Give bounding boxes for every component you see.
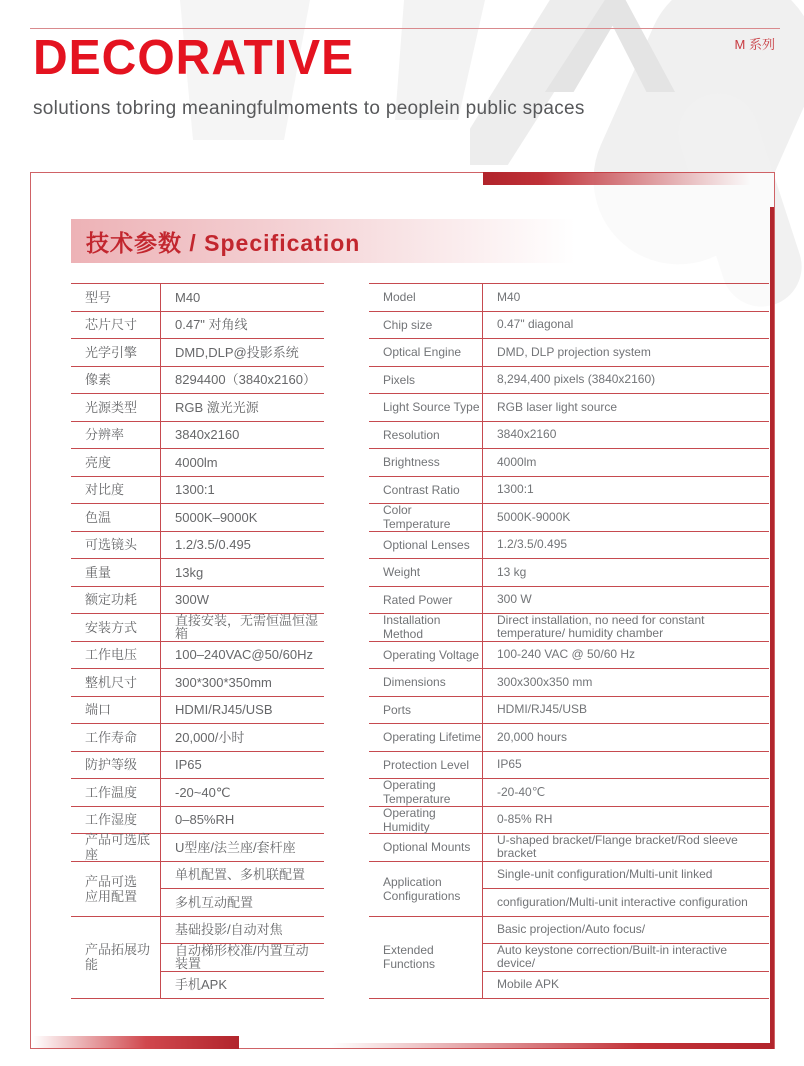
- spec-label: Operating Lifetime: [369, 724, 483, 752]
- spec-values: RGB laser light source: [483, 394, 769, 422]
- spec-section: ModelM40: [369, 284, 769, 312]
- spec-values: 20,000 hours: [483, 724, 769, 752]
- spec-section: 防护等级IP65: [71, 752, 324, 780]
- spec-sheet-page: DECORATIVE M 系列 solutions tobring meanin…: [0, 0, 804, 1066]
- spec-value: Auto keystone correction/Built-in intera…: [483, 944, 769, 972]
- spec-value: 20,000 hours: [483, 724, 769, 752]
- spec-value: 0-85% RH: [483, 807, 769, 835]
- spec-value: 自动梯形校准/内置互动装置: [161, 944, 324, 972]
- spec-value: configuration/Multi-unit interactive con…: [483, 889, 769, 917]
- spec-section: Light Source TypeRGB laser light source: [369, 394, 769, 422]
- spec-values: 8294400（3840x2160）: [161, 367, 324, 395]
- spec-label: Ports: [369, 697, 483, 725]
- spec-section: 产品可选底座U型座/法兰座/套杆座: [71, 834, 324, 862]
- page-title: DECORATIVE: [33, 30, 354, 86]
- page-subtitle: solutions tobring meaningfulmoments to p…: [33, 98, 585, 120]
- series-label: M 系列: [735, 34, 775, 53]
- spec-label: 安装方式: [71, 614, 161, 642]
- accent-bar-bottom-left: [33, 1036, 239, 1049]
- spec-section: Operating Lifetime20,000 hours: [369, 724, 769, 752]
- spec-values: -20~40℃: [161, 779, 324, 807]
- spec-section: Operating Humidity0-85% RH: [369, 807, 769, 835]
- spec-section: 工作电压100–240VAC@50/60Hz: [71, 642, 324, 670]
- specification-box: 技术参数 / Specification 型号M40芯片尺寸0.47" 对角线光…: [30, 172, 775, 1049]
- spec-values: 1300:1: [161, 477, 324, 505]
- spec-label: 色温: [71, 504, 161, 532]
- spec-value: 单机配置、多机联配置: [161, 862, 324, 890]
- accent-bar-top-right: [483, 172, 774, 185]
- spec-section: 工作温度-20~40℃: [71, 779, 324, 807]
- spec-section: 安装方式直接安装，无需恒温恒湿箱: [71, 614, 324, 642]
- spec-label: 产品拓展功能: [71, 917, 161, 1000]
- spec-section: Application ConfigurationsSingle-unit co…: [369, 862, 769, 917]
- spec-label: 端口: [71, 697, 161, 725]
- spec-values: Single-unit configuration/Multi-unit lin…: [483, 862, 769, 917]
- spec-value: 8294400（3840x2160）: [161, 367, 324, 395]
- spec-values: 300W: [161, 587, 324, 615]
- spec-value: 100–240VAC@50/60Hz: [161, 642, 324, 670]
- spec-value: 300x300x350 mm: [483, 669, 769, 697]
- spec-value: HDMI/RJ45/USB: [483, 697, 769, 725]
- spec-values: -20-40℃: [483, 779, 769, 807]
- spec-value: Direct installation, no need for constan…: [483, 614, 769, 642]
- spec-section: 光源类型RGB 激光光源: [71, 394, 324, 422]
- spec-values: 100–240VAC@50/60Hz: [161, 642, 324, 670]
- spec-label: Weight: [369, 559, 483, 587]
- spec-label: 产品可选 应用配置: [71, 862, 161, 917]
- section-heading: 技术参数 / Specification: [71, 219, 771, 263]
- spec-label: Contrast Ratio: [369, 477, 483, 505]
- spec-values: 基础投影/自动对焦自动梯形校准/内置互动装置手机APK: [161, 917, 324, 1000]
- spec-value: 4000lm: [483, 449, 769, 477]
- spec-section: Pixels8,294,400 pixels (3840x2160): [369, 367, 769, 395]
- spec-values: 3840x2160: [161, 422, 324, 450]
- spec-label: 额定功耗: [71, 587, 161, 615]
- spec-table-english: ModelM40Chip size0.47" diagonalOptical E…: [369, 283, 769, 999]
- spec-label: 工作湿度: [71, 807, 161, 835]
- spec-section: Resolution3840x2160: [369, 422, 769, 450]
- spec-values: Direct installation, no need for constan…: [483, 614, 769, 642]
- spec-values: 0–85%RH: [161, 807, 324, 835]
- spec-values: M40: [161, 284, 324, 312]
- spec-section: Color Temperature5000K-9000K: [369, 504, 769, 532]
- spec-label: Rated Power: [369, 587, 483, 615]
- spec-label: Installation Method: [369, 614, 483, 642]
- spec-value: 20,000/小时: [161, 724, 324, 752]
- spec-label: Application Configurations: [369, 862, 483, 917]
- spec-label: Model: [369, 284, 483, 312]
- spec-label: 亮度: [71, 449, 161, 477]
- spec-value: 300W: [161, 587, 324, 615]
- spec-value: 1300:1: [161, 477, 324, 505]
- spec-values: 13 kg: [483, 559, 769, 587]
- spec-value: 13 kg: [483, 559, 769, 587]
- spec-label: 整机尺寸: [71, 669, 161, 697]
- spec-values: 4000lm: [161, 449, 324, 477]
- spec-label: 光源类型: [71, 394, 161, 422]
- spec-value: 1300:1: [483, 477, 769, 505]
- spec-label: 对比度: [71, 477, 161, 505]
- spec-values: 1.2/3.5/0.495: [483, 532, 769, 560]
- spec-value: 1.2/3.5/0.495: [483, 532, 769, 560]
- spec-section: Optional Lenses1.2/3.5/0.495: [369, 532, 769, 560]
- spec-section: Operating Voltage100-240 VAC @ 50/60 Hz: [369, 642, 769, 670]
- spec-section: Rated Power300 W: [369, 587, 769, 615]
- spec-section: 亮度4000lm: [71, 449, 324, 477]
- spec-section: 光学引擎DMD,DLP@投影系统: [71, 339, 324, 367]
- spec-label: Dimensions: [369, 669, 483, 697]
- spec-label: Operating Voltage: [369, 642, 483, 670]
- spec-value: DMD,DLP@投影系统: [161, 339, 324, 367]
- spec-section: Optical EngineDMD, DLP projection system: [369, 339, 769, 367]
- spec-value: HDMI/RJ45/USB: [161, 697, 324, 725]
- spec-values: 4000lm: [483, 449, 769, 477]
- spec-label: 芯片尺寸: [71, 312, 161, 340]
- spec-section: 对比度1300:1: [71, 477, 324, 505]
- spec-label: 工作温度: [71, 779, 161, 807]
- spec-label: Optional Lenses: [369, 532, 483, 560]
- spec-values: 20,000/小时: [161, 724, 324, 752]
- spec-section: Dimensions300x300x350 mm: [369, 669, 769, 697]
- spec-value: 0.47" diagonal: [483, 312, 769, 340]
- spec-label: Optical Engine: [369, 339, 483, 367]
- spec-values: HDMI/RJ45/USB: [161, 697, 324, 725]
- spec-label: Light Source Type: [369, 394, 483, 422]
- spec-values: 0.47" 对角线: [161, 312, 324, 340]
- spec-section: 产品拓展功能基础投影/自动对焦自动梯形校准/内置互动装置手机APK: [71, 917, 324, 1000]
- spec-section: Extended FunctionsBasic projection/Auto …: [369, 917, 769, 1000]
- spec-value: Mobile APK: [483, 972, 769, 1000]
- spec-value: U-shaped bracket/Flange bracket/Rod slee…: [483, 834, 769, 862]
- spec-value: -20-40℃: [483, 779, 769, 807]
- spec-values: 13kg: [161, 559, 324, 587]
- spec-value: 0.47" 对角线: [161, 312, 324, 340]
- spec-value: 5000K-9000K: [483, 504, 769, 532]
- spec-value: M40: [161, 284, 324, 312]
- spec-values: 5000K-9000K: [483, 504, 769, 532]
- spec-table-chinese: 型号M40芯片尺寸0.47" 对角线光学引擎DMD,DLP@投影系统像素8294…: [71, 283, 324, 999]
- spec-label: Color Temperature: [369, 504, 483, 532]
- spec-values: 8,294,400 pixels (3840x2160): [483, 367, 769, 395]
- spec-label: 重量: [71, 559, 161, 587]
- spec-value: U型座/法兰座/套杆座: [161, 834, 324, 862]
- spec-label: 工作寿命: [71, 724, 161, 752]
- spec-values: 1.2/3.5/0.495: [161, 532, 324, 560]
- spec-value: -20~40℃: [161, 779, 324, 807]
- spec-value: RGB 激光光源: [161, 394, 324, 422]
- spec-section: 额定功耗300W: [71, 587, 324, 615]
- spec-section: Installation MethodDirect installation, …: [369, 614, 769, 642]
- spec-value: 4000lm: [161, 449, 324, 477]
- spec-section: 色温5000K–9000K: [71, 504, 324, 532]
- spec-section: Weight13 kg: [369, 559, 769, 587]
- spec-value: RGB laser light source: [483, 394, 769, 422]
- spec-values: Basic projection/Auto focus/Auto keyston…: [483, 917, 769, 1000]
- spec-value: 300*300*350mm: [161, 669, 324, 697]
- spec-label: 像素: [71, 367, 161, 395]
- spec-value: Basic projection/Auto focus/: [483, 917, 769, 945]
- spec-value: 5000K–9000K: [161, 504, 324, 532]
- spec-value: 3840x2160: [161, 422, 324, 450]
- spec-label: Brightness: [369, 449, 483, 477]
- spec-section: 工作寿命20,000/小时: [71, 724, 324, 752]
- spec-values: 直接安装，无需恒温恒湿箱: [161, 614, 324, 642]
- spec-values: DMD, DLP projection system: [483, 339, 769, 367]
- spec-label: Extended Functions: [369, 917, 483, 1000]
- spec-value: 100-240 VAC @ 50/60 Hz: [483, 642, 769, 670]
- spec-section: 型号M40: [71, 284, 324, 312]
- spec-label: 可选镜头: [71, 532, 161, 560]
- spec-label: 防护等级: [71, 752, 161, 780]
- spec-value: 基础投影/自动对焦: [161, 917, 324, 945]
- spec-section: 重量13kg: [71, 559, 324, 587]
- spec-label: 光学引擎: [71, 339, 161, 367]
- spec-values: 1300:1: [483, 477, 769, 505]
- spec-value: 3840x2160: [483, 422, 769, 450]
- spec-value: 直接安装，无需恒温恒湿箱: [161, 614, 324, 642]
- spec-section: Brightness4000lm: [369, 449, 769, 477]
- spec-section: 端口HDMI/RJ45/USB: [71, 697, 324, 725]
- spec-values: IP65: [161, 752, 324, 780]
- spec-value: 8,294,400 pixels (3840x2160): [483, 367, 769, 395]
- spec-values: 单机配置、多机联配置多机互动配置: [161, 862, 324, 917]
- spec-label: Optional Mounts: [369, 834, 483, 862]
- spec-values: IP65: [483, 752, 769, 780]
- spec-label: 型号: [71, 284, 161, 312]
- spec-label: Pixels: [369, 367, 483, 395]
- spec-label: Operating Temperature: [369, 779, 483, 807]
- spec-section: 产品可选 应用配置单机配置、多机联配置多机互动配置: [71, 862, 324, 917]
- spec-values: M40: [483, 284, 769, 312]
- spec-values: DMD,DLP@投影系统: [161, 339, 324, 367]
- spec-values: 300x300x350 mm: [483, 669, 769, 697]
- spec-section: PortsHDMI/RJ45/USB: [369, 697, 769, 725]
- spec-value: IP65: [483, 752, 769, 780]
- spec-section: Optional MountsU-shaped bracket/Flange b…: [369, 834, 769, 862]
- spec-section: Chip size0.47" diagonal: [369, 312, 769, 340]
- spec-label: Operating Humidity: [369, 807, 483, 835]
- spec-value: 13kg: [161, 559, 324, 587]
- spec-value: 多机互动配置: [161, 889, 324, 917]
- spec-values: RGB 激光光源: [161, 394, 324, 422]
- spec-section: 芯片尺寸0.47" 对角线: [71, 312, 324, 340]
- spec-values: 300*300*350mm: [161, 669, 324, 697]
- spec-value: DMD, DLP projection system: [483, 339, 769, 367]
- spec-section: 像素8294400（3840x2160）: [71, 367, 324, 395]
- spec-values: 100-240 VAC @ 50/60 Hz: [483, 642, 769, 670]
- spec-value: IP65: [161, 752, 324, 780]
- spec-value: 1.2/3.5/0.495: [161, 532, 324, 560]
- spec-section: Contrast Ratio1300:1: [369, 477, 769, 505]
- spec-label: 工作电压: [71, 642, 161, 670]
- spec-values: U型座/法兰座/套杆座: [161, 834, 324, 862]
- spec-value: 300 W: [483, 587, 769, 615]
- spec-section: 整机尺寸300*300*350mm: [71, 669, 324, 697]
- spec-values: U-shaped bracket/Flange bracket/Rod slee…: [483, 834, 769, 862]
- spec-value: 手机APK: [161, 972, 324, 1000]
- spec-label: Protection Level: [369, 752, 483, 780]
- spec-values: 0.47" diagonal: [483, 312, 769, 340]
- spec-label: 分辨率: [71, 422, 161, 450]
- spec-values: 3840x2160: [483, 422, 769, 450]
- spec-value: M40: [483, 284, 769, 312]
- spec-values: 0-85% RH: [483, 807, 769, 835]
- spec-section: 工作湿度0–85%RH: [71, 807, 324, 835]
- spec-values: HDMI/RJ45/USB: [483, 697, 769, 725]
- spec-section: 分辨率3840x2160: [71, 422, 324, 450]
- spec-values: 300 W: [483, 587, 769, 615]
- spec-section: Operating Temperature-20-40℃: [369, 779, 769, 807]
- accent-border-right: [770, 207, 774, 1048]
- spec-values: 5000K–9000K: [161, 504, 324, 532]
- spec-label: Resolution: [369, 422, 483, 450]
- spec-section: Protection LevelIP65: [369, 752, 769, 780]
- spec-value: Single-unit configuration/Multi-unit lin…: [483, 862, 769, 890]
- spec-section: 可选镜头1.2/3.5/0.495: [71, 532, 324, 560]
- spec-value: 0–85%RH: [161, 807, 324, 835]
- spec-label: 产品可选底座: [71, 834, 161, 862]
- accent-bar-bottom-right: [331, 1043, 774, 1049]
- header-rule: [30, 28, 780, 29]
- spec-label: Chip size: [369, 312, 483, 340]
